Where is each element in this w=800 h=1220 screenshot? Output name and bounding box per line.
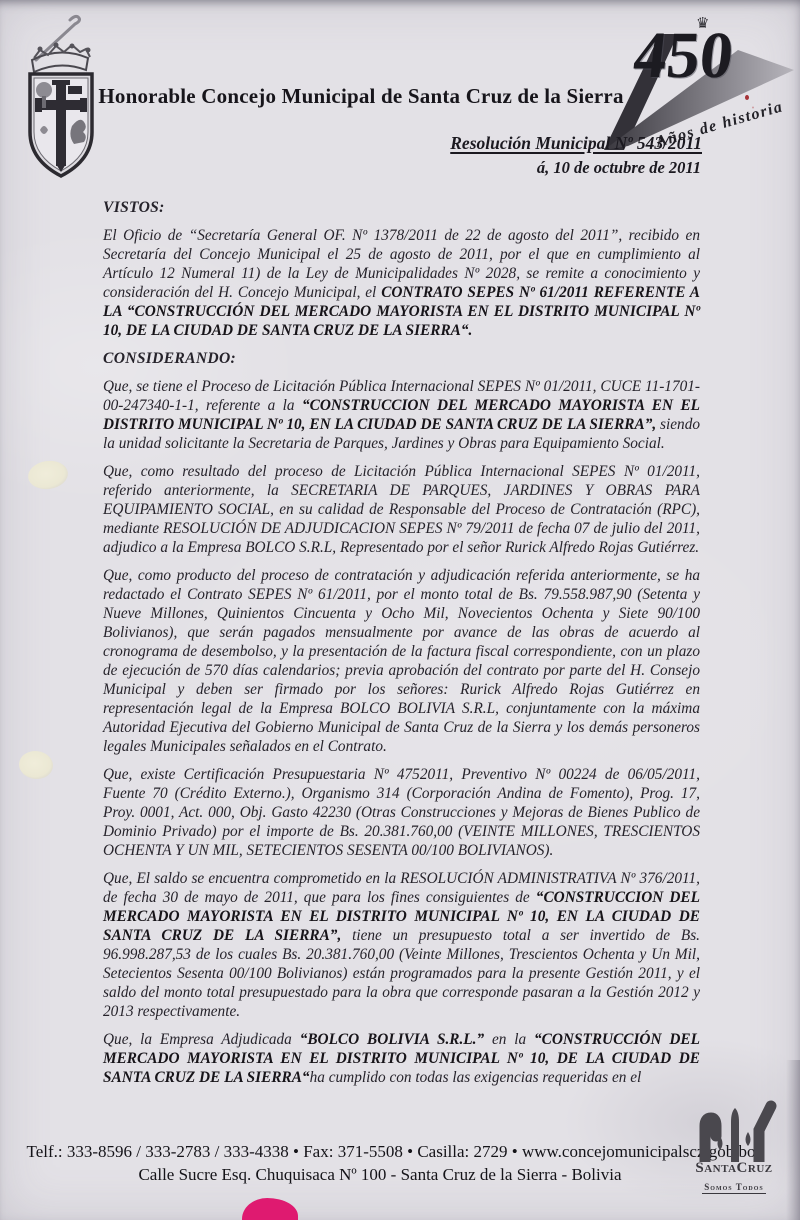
hands-icon — [691, 1092, 777, 1162]
paper-stain — [26, 458, 70, 491]
scanned-resolution-page: Honorable Concejo Municipal de Santa Cru… — [0, 0, 800, 1220]
anniversary-number: 450 — [630, 18, 737, 94]
vistos-paragraph: El Oficio de “Secretaría General OF. Nº … — [103, 226, 700, 340]
stamp-blob — [242, 1198, 298, 1220]
considerando-heading: CONSIDERANDO: — [103, 349, 700, 368]
considerando-paragraph-4: Que, existe Certificación Presupuestaria… — [103, 765, 700, 860]
footer-contact-line: Telf.: 333-8596 / 333-2783 / 333-4338 • … — [0, 1142, 782, 1162]
considerando-paragraph-3: Que, como producto del proceso de contra… — [103, 566, 700, 756]
document-body: VISTOS: El Oficio de “Secretaría General… — [103, 198, 700, 1096]
santa-cruz-somos-todos-logo: SantaCruz Somos Todos — [676, 1092, 792, 1204]
resolution-date: á, 10 de octubre de 2011 — [537, 158, 701, 178]
resolution-number: Resolución Municipal Nº 543/2011 — [450, 133, 702, 154]
logo-name: SantaCruz — [676, 1160, 792, 1177]
coat-of-arms-icon — [14, 34, 106, 186]
logo-tagline: Somos Todos — [702, 1182, 765, 1194]
considerando-paragraph-2: Que, como resultado del proceso de Licit… — [103, 462, 700, 557]
considerando-paragraph-5: Que, El saldo se encuentra comprometido … — [103, 869, 700, 1021]
page-title: Honorable Concejo Municipal de Santa Cru… — [95, 84, 627, 109]
considerando-paragraph-1: Que, se tiene el Proceso de Licitación P… — [103, 377, 700, 453]
considerando-paragraph-6: Que, la Empresa Adjudicada “BOLCO BOLIVI… — [103, 1030, 700, 1087]
vistos-heading: VISTOS: — [103, 198, 700, 217]
crown-icon: ♛ — [696, 14, 709, 33]
paper-stain — [18, 749, 55, 780]
footer-address-line: Calle Sucre Esq. Chuquisaca Nº 100 - San… — [0, 1165, 760, 1185]
